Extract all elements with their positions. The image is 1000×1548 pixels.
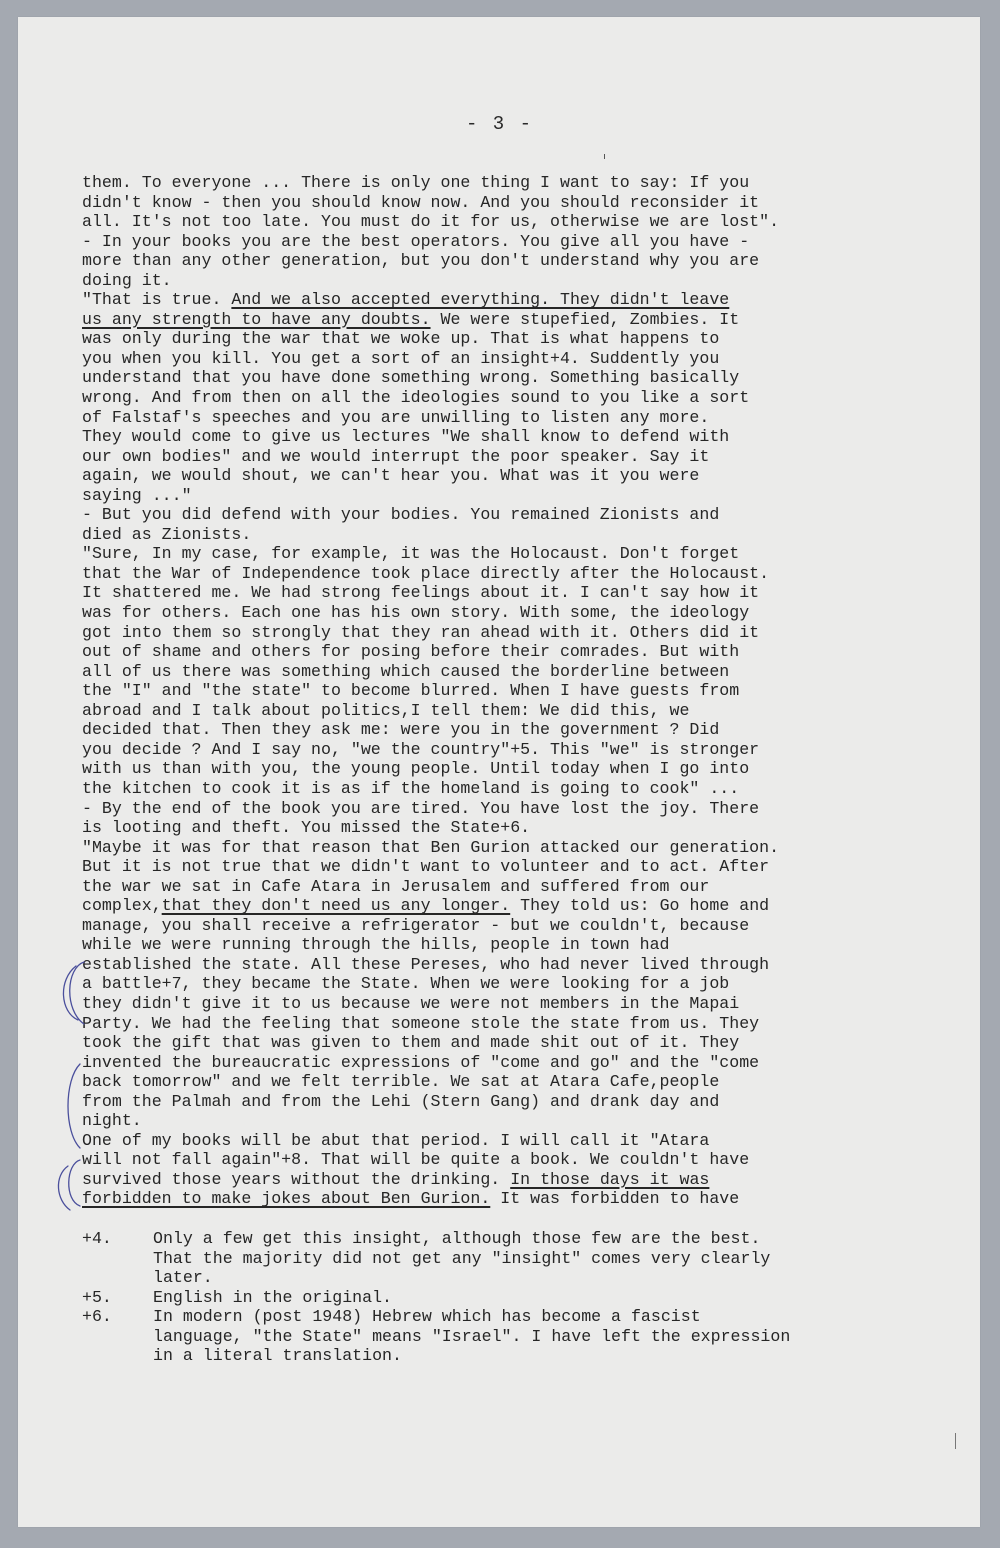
text-line: took the gift that was given to them and… (82, 1033, 942, 1053)
text-line: us any strength to have any doubts. We w… (82, 310, 942, 330)
text-segment: doing it. (82, 271, 172, 290)
text-line: our own bodies" and we would interrupt t… (82, 447, 942, 467)
text-segment: will not fall again"+8. That will be qui… (82, 1150, 749, 1169)
footnote-text: In modern (post 1948) Hebrew which has b… (153, 1307, 790, 1366)
text-segment: They would come to give us lectures "We … (82, 427, 729, 446)
text-line: It shattered me. We had strong feelings … (82, 583, 942, 603)
text-segment: you decide ? And I say no, "we the count… (82, 740, 759, 759)
text-segment: didn't know - then you should know now. … (82, 193, 759, 212)
text-segment: established the state. All these Pereses… (82, 955, 769, 974)
text-segment: understand that you have done something … (82, 368, 739, 387)
text-segment: our own bodies" and we would interrupt t… (82, 447, 709, 466)
text-segment: all. It's not too late. You must do it f… (82, 212, 779, 231)
text-line: while we were running through the hills,… (82, 935, 942, 955)
text-segment: was only during the war that we woke up.… (82, 329, 719, 348)
text-segment: decided that. Then they ask me: were you… (82, 720, 719, 739)
text-segment: of Falstaf's speeches and you are unwill… (82, 408, 709, 427)
text-line: the war we sat in Cafe Atara in Jerusale… (82, 877, 942, 897)
text-line: will not fall again"+8. That will be qui… (82, 1150, 942, 1170)
text-line: them. To everyone ... There is only one … (82, 173, 942, 193)
text-line: Party. We had the feeling that someone s… (82, 1014, 942, 1034)
footnote-text: Only a few get this insight, although th… (153, 1229, 770, 1288)
text-segment: the war we sat in Cafe Atara in Jerusale… (82, 877, 709, 896)
text-line: One of my books will be abut that period… (82, 1131, 942, 1151)
text-line: they didn't give it to us because we wer… (82, 994, 942, 1014)
footnote: +6.In modern (post 1948) Hebrew which ha… (82, 1307, 942, 1366)
text-segment: complex, (82, 896, 162, 915)
text-segment: night. (82, 1111, 142, 1130)
text-line: all. It's not too late. You must do it f… (82, 212, 942, 232)
text-line: all of us there was something which caus… (82, 662, 942, 682)
text-line: saying ..." (82, 486, 942, 506)
text-line: the "I" and "the state" to become blurre… (82, 681, 942, 701)
text-line: decided that. Then they ask me: were you… (82, 720, 942, 740)
text-line: But it is not true that we didn't want t… (82, 857, 942, 877)
paper-speck (955, 1433, 956, 1449)
text-segment: from the Palmah and from the Lehi (Stern… (82, 1092, 719, 1111)
text-segment: was for others. Each one has his own sto… (82, 603, 749, 622)
text-segment: the "I" and "the state" to become blurre… (82, 681, 739, 700)
text-line: abroad and I talk about politics,I tell … (82, 701, 942, 721)
text-line: understand that you have done something … (82, 368, 942, 388)
text-segment: more than any other generation, but you … (82, 251, 759, 270)
text-segment: again, we would shout, we can't hear you… (82, 466, 699, 485)
text-segment: you when you kill. You get a sort of an … (82, 349, 719, 368)
text-line: established the state. All these Pereses… (82, 955, 942, 975)
text-segment: out of shame and others for posing befor… (82, 642, 739, 661)
text-line: night. (82, 1111, 942, 1131)
text-line: didn't know - then you should know now. … (82, 193, 942, 213)
text-line: again, we would shout, we can't hear you… (82, 466, 942, 486)
text-line: the kitchen to cook it is as if the home… (82, 779, 942, 799)
text-segment: wrong. And from then on all the ideologi… (82, 388, 749, 407)
underlined-text: And we also accepted everything. They di… (231, 290, 729, 309)
text-segment: got into them so strongly that they ran … (82, 623, 759, 642)
text-segment: "Maybe it was for that reason that Ben G… (82, 838, 779, 857)
text-segment: "That is true. (82, 290, 231, 309)
footnote-marker: +5. (82, 1288, 153, 1308)
text-segment: with us than with you, the young people.… (82, 759, 749, 778)
text-segment: One of my books will be abut that period… (82, 1131, 709, 1150)
footnote: +5.English in the original. (82, 1288, 942, 1308)
text-line: of Falstaf's speeches and you are unwill… (82, 408, 942, 428)
text-line: "Maybe it was for that reason that Ben G… (82, 838, 942, 858)
text-segment: them. To everyone ... There is only one … (82, 173, 749, 192)
text-line: "That is true. And we also accepted ever… (82, 290, 942, 310)
text-segment: abroad and I talk about politics,I tell … (82, 701, 689, 720)
text-line: out of shame and others for posing befor… (82, 642, 942, 662)
text-line: "Sure, In my case, for example, it was t… (82, 544, 942, 564)
text-line: with us than with you, the young people.… (82, 759, 942, 779)
text-segment: all of us there was something which caus… (82, 662, 729, 681)
text-segment: is looting and theft. You missed the Sta… (82, 818, 530, 837)
text-segment: But it is not true that we didn't want t… (82, 857, 769, 876)
text-segment: the kitchen to cook it is as if the home… (82, 779, 739, 798)
footnote: +4.Only a few get this insight, although… (82, 1229, 942, 1288)
text-line: forbidden to make jokes about Ben Gurion… (82, 1189, 942, 1209)
text-line: complex,that they don't need us any long… (82, 896, 942, 916)
text-line: you when you kill. You get a sort of an … (82, 349, 942, 369)
text-line: survived those years without the drinkin… (82, 1170, 942, 1190)
text-line: - But you did defend with your bodies. Y… (82, 505, 942, 525)
text-line: that the War of Independence took place … (82, 564, 942, 584)
text-line: - By the end of the book you are tired. … (82, 799, 942, 819)
text-segment: They told us: Go home and (510, 896, 769, 915)
underlined-text: In those days it was (510, 1170, 709, 1189)
underlined-text: that they don't need us any longer. (162, 896, 511, 915)
underlined-text: us any strength to have any doubts. (82, 310, 431, 329)
text-segment: died as Zionists. (82, 525, 251, 544)
text-line: manage, you shall receive a refrigerator… (82, 916, 942, 936)
text-segment: a battle+7, they became the State. When … (82, 974, 729, 993)
underlined-text: forbidden to make jokes about Ben Gurion… (82, 1189, 490, 1208)
text-segment: "Sure, In my case, for example, it was t… (82, 544, 739, 563)
text-line: is looting and theft. You missed the Sta… (82, 818, 942, 838)
text-segment: - In your books you are the best operato… (82, 232, 749, 251)
footnote-marker: +4. (82, 1229, 153, 1288)
text-segment: that the War of Independence took place … (82, 564, 769, 583)
text-line: They would come to give us lectures "We … (82, 427, 942, 447)
text-segment: Party. We had the feeling that someone s… (82, 1014, 759, 1033)
text-segment: We were stupefied, Zombies. It (431, 310, 740, 329)
text-line: invented the bureaucratic expressions of… (82, 1053, 942, 1073)
text-line: doing it. (82, 271, 942, 291)
text-line: was for others. Each one has his own sto… (82, 603, 942, 623)
footnote-text: English in the original. (153, 1288, 392, 1308)
text-line: died as Zionists. (82, 525, 942, 545)
typewritten-body: them. To everyone ... There is only one … (82, 173, 942, 1209)
page-number: - 3 - (466, 113, 533, 135)
text-line: got into them so strongly that they ran … (82, 623, 942, 643)
text-line: you decide ? And I say no, "we the count… (82, 740, 942, 760)
footnotes-section: +4.Only a few get this insight, although… (82, 1229, 942, 1366)
text-segment: they didn't give it to us because we wer… (82, 994, 739, 1013)
paper-speck (604, 154, 605, 159)
text-segment: It was forbidden to have (490, 1189, 739, 1208)
text-segment: saying ..." (82, 486, 192, 505)
text-line: wrong. And from then on all the ideologi… (82, 388, 942, 408)
text-line: was only during the war that we woke up.… (82, 329, 942, 349)
text-segment: manage, you shall receive a refrigerator… (82, 916, 749, 935)
text-line: a battle+7, they became the State. When … (82, 974, 942, 994)
text-line: more than any other generation, but you … (82, 251, 942, 271)
text-segment: - But you did defend with your bodies. Y… (82, 505, 719, 524)
text-segment: invented the bureaucratic expressions of… (82, 1053, 759, 1072)
text-segment: took the gift that was given to them and… (82, 1033, 739, 1052)
text-line: back tomorrow" and we felt terrible. We … (82, 1072, 942, 1092)
footnote-marker: +6. (82, 1307, 153, 1366)
text-segment: - By the end of the book you are tired. … (82, 799, 759, 818)
text-segment: while we were running through the hills,… (82, 935, 670, 954)
text-segment: survived those years without the drinkin… (82, 1170, 510, 1189)
text-segment: back tomorrow" and we felt terrible. We … (82, 1072, 719, 1091)
text-line: from the Palmah and from the Lehi (Stern… (82, 1092, 942, 1112)
text-line: - In your books you are the best operato… (82, 232, 942, 252)
text-segment: It shattered me. We had strong feelings … (82, 583, 759, 602)
